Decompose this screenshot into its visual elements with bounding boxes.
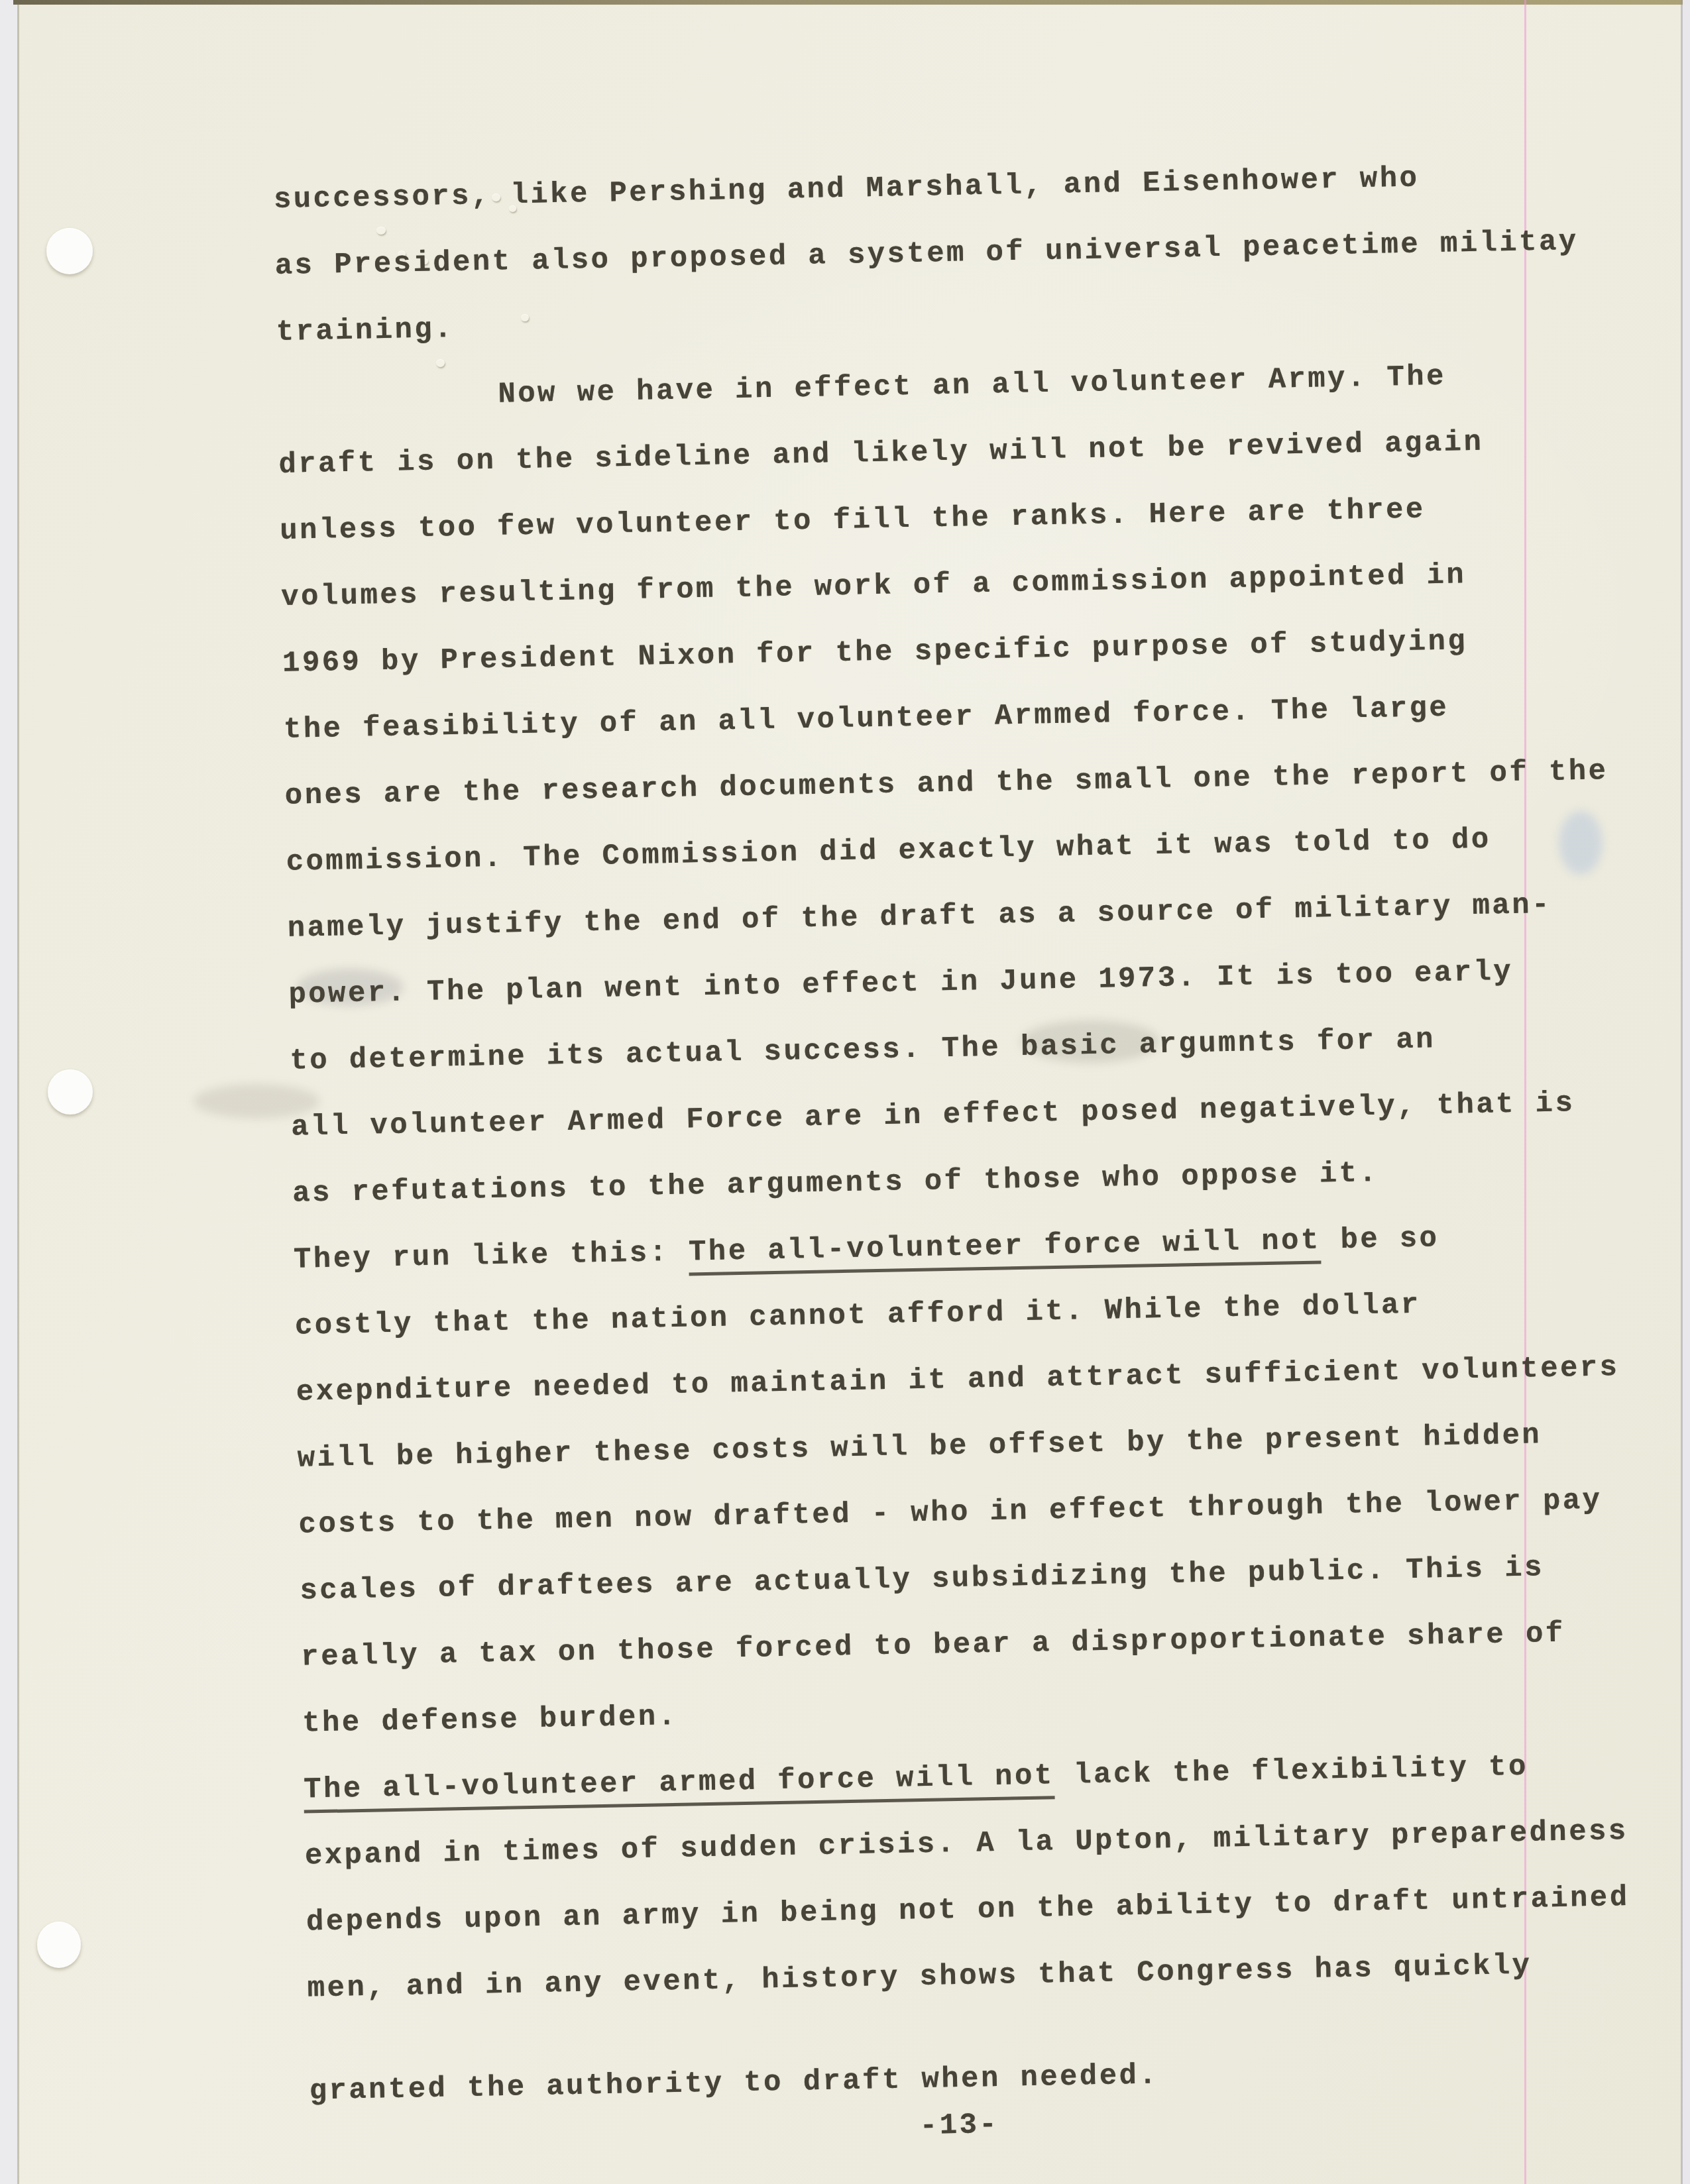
punch-hole-middle (48, 1069, 93, 1115)
punch-hole-bottom (37, 1922, 81, 1968)
page-top-edge (13, 0, 1690, 5)
underlined-phrase: The all-volunteer armed force will not (304, 1759, 1055, 1813)
punch-hole-top (46, 228, 93, 274)
underlined-phrase: The all-volunteer force will not (689, 1224, 1322, 1276)
page-left-edge (17, 3, 19, 2184)
typed-text-block: successors, like Pershing and Marshall, … (273, 140, 1690, 2171)
scanned-page: successors, like Pershing and Marshall, … (0, 0, 1690, 2184)
